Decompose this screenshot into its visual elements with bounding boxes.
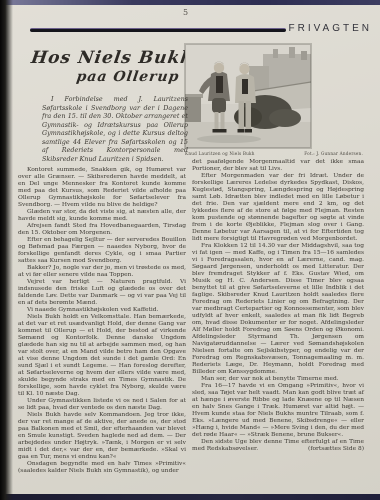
masthead-title: FRIVAGTEN [289, 23, 372, 34]
article-title-line2: paa Ollerup [75, 69, 192, 85]
body-paragraph: Fra 16—17 havde vi en Omgang »Primitiv«,… [192, 383, 364, 439]
body-paragraph: Efter en behagelig Sejltur — der servere… [18, 237, 186, 265]
right-column: det paafølgende Morgenmaaltid var det ik… [192, 159, 364, 453]
article-title: Hos Niels Bukh paa Ollerup [27, 48, 195, 85]
photo-two-men-illustration [185, 44, 311, 148]
photo-caption-credit: Fot.: J. Gunnar Andersen. [304, 151, 363, 156]
body-paragraph: Kontoret summede, Snakken gik, og Humøre… [18, 167, 186, 209]
photo-caption-left: Knud Lauritzen og Niels Bukh [185, 151, 255, 156]
body-paragraph: Bakker? Jo, nogle var der jo, men vi trø… [18, 265, 186, 279]
spine-shadow [0, 0, 13, 500]
body-paragraph: Fra Klokken 12 til 14.30 var der Middags… [192, 243, 364, 376]
left-column-text: Kontoret summede, Snakken gik, og Humøre… [18, 167, 186, 475]
body-paragraph: det paafølgende Morgenmaaltid var det ik… [192, 159, 364, 173]
body-paragraph: Vejret var herligt — Naturen pragtfuld. … [18, 279, 186, 307]
masthead-rule [30, 28, 286, 32]
magazine-page: 5 FRIVAGTEN Hos Niels Bukh paa Ollerup [0, 0, 380, 500]
intro-paragraph: I Forbindelse med J. Lauritzens Søfartss… [42, 95, 188, 163]
body-paragraph: Efter Morgenmaden var der fri Idræt. Und… [192, 173, 364, 243]
body-paragraph: Vi naaede Gymnastikhøjskolen ved Kaffeti… [18, 307, 186, 314]
top-edge-band [0, 0, 380, 5]
right-column-text: det paafølgende Morgenmaaltid var det ik… [192, 159, 364, 453]
body-paragraph: Glæden var stor, da det viste sig, at næ… [18, 209, 186, 223]
bottom-edge-band [0, 494, 380, 500]
body-paragraph: Niels Bukh holdt en Velkomsttale. Han be… [18, 314, 186, 398]
body-paragraph: Onsdagen begyndte med en halv Times »Pri… [18, 461, 186, 475]
body-paragraph: Niels Bukh havde selv Kommandoen. Jeg tr… [18, 412, 186, 461]
article-title-line1: Hos Niels Bukh [30, 48, 195, 68]
body-paragraph: Under Gymnastikken listede vi os ned i S… [18, 398, 186, 412]
body-paragraph: Man ser, der var nok at benytte Timerne … [192, 376, 364, 383]
left-column: Kontoret summede, Snakken gik, og Humøre… [18, 167, 186, 475]
body-paragraph: Afrejsen fandt Sted fra Hovedbanegaarden… [18, 223, 186, 237]
article-photo [185, 44, 311, 148]
page-number: 5 [183, 8, 188, 17]
photo-caption: Knud Lauritzen og Niels Bukh Fot.: J. Gu… [185, 151, 363, 156]
